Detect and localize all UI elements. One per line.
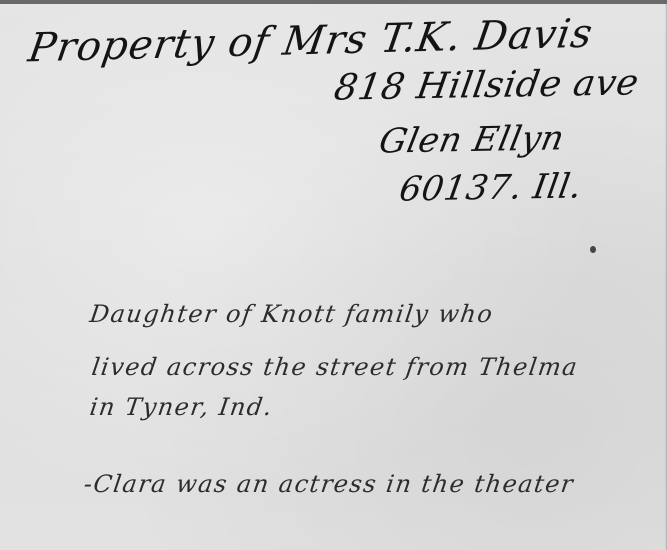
ink-speck	[590, 246, 596, 253]
ownership-street-line: 818 Hillside ave	[331, 62, 641, 108]
note-line-3: in Tyner, Ind.	[88, 393, 275, 421]
ownership-zip-state-line: 60137. Ill.	[397, 166, 585, 209]
note-line-2: lived across the street from Thelma	[90, 353, 580, 381]
ownership-city-line: Glen Ellyn	[376, 118, 568, 161]
note-line-4: -Clara was an actress in the theater	[82, 470, 576, 498]
note-line-1: Daughter of Knott family who	[88, 300, 495, 328]
